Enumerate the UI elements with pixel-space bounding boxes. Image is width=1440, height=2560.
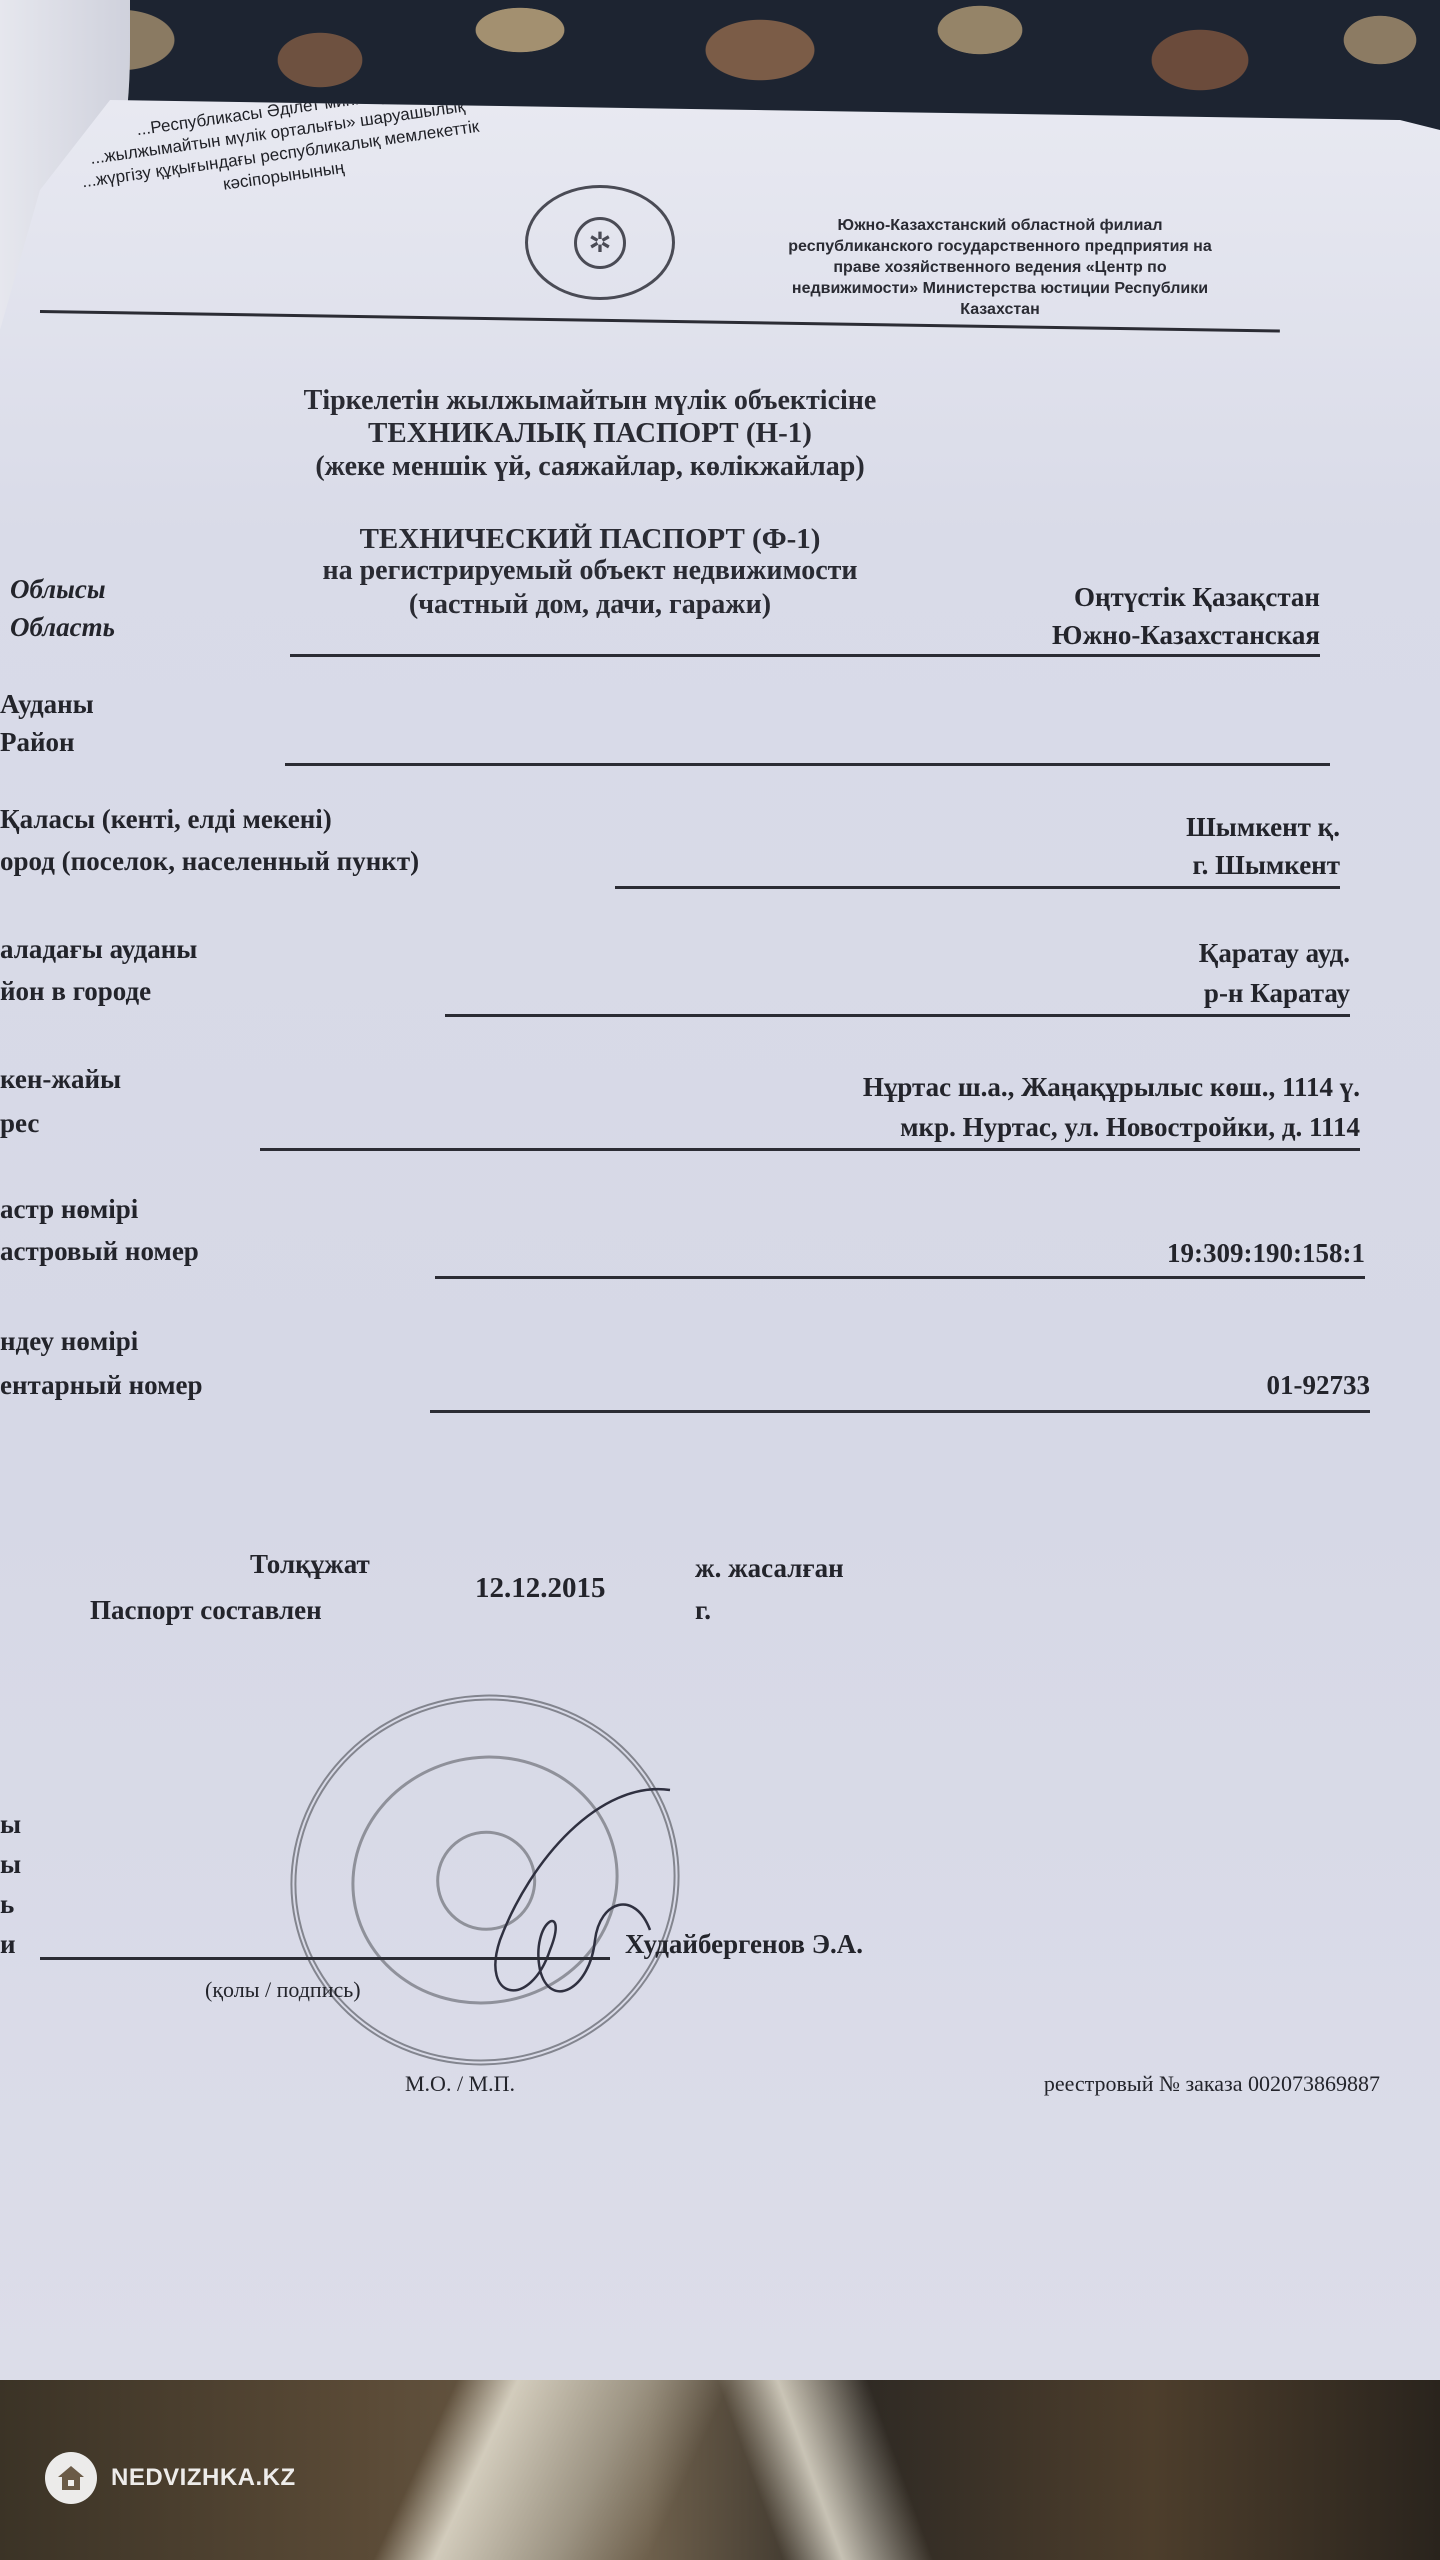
field-city: Қаласы (кенті, елді мекені) ород (посело… bbox=[0, 800, 1340, 890]
title-ru-main: ТЕХНИЧЕСКИЙ ПАСПОРТ (Ф-1) bbox=[200, 523, 980, 555]
field-value-kz: Нұртас ш.а., Жаңақұрылыс көш., 1114 ү. bbox=[863, 1068, 1360, 1106]
field-label-ru: ород (поселок, населенный пункт) bbox=[0, 842, 419, 880]
field-underline bbox=[290, 654, 1320, 657]
field-district: Ауданы Район bbox=[0, 685, 1330, 765]
watermark: NEDVIZHKA.KZ bbox=[45, 2452, 296, 2504]
kazakhstan-state-emblem-icon: ✲ bbox=[525, 185, 675, 300]
field-label-ru: рес bbox=[0, 1104, 39, 1142]
compiled-label-kz: Толқұжат bbox=[250, 1545, 370, 1583]
field-label-ru: астровый номер bbox=[0, 1232, 199, 1270]
field-address: кен-жайы рес Нұртас ш.а., Жаңақұрылыс кө… bbox=[0, 1060, 1360, 1150]
label-fragment: ь bbox=[0, 1885, 14, 1923]
title-kz-subtitle: (жеке меншік үй, саяжайлар, көлікжайлар) bbox=[200, 449, 980, 485]
compiled-date: 12.12.2015 bbox=[475, 1569, 606, 1607]
field-inventory-number: ндеу нөмірі ентарный номер 01-92733 bbox=[0, 1322, 1370, 1412]
field-label-kz: аладағы ауданы bbox=[0, 930, 197, 968]
watermark-text: NEDVIZHKA.KZ bbox=[111, 2464, 296, 2492]
document-page: ...Республикасы Әділет министрлігі ...жы… bbox=[0, 70, 1440, 2385]
field-value-kz: Қаратау ауд. bbox=[1199, 934, 1350, 972]
field-label-ru: Область bbox=[10, 608, 115, 646]
signature-line bbox=[40, 1957, 610, 1960]
title-kz-main: ТЕХНИКАЛЫҚ ПАСПОРТ (Н-1) bbox=[200, 417, 980, 449]
header-ru-line: недвижимости» Министерства юстиции Респу… bbox=[720, 278, 1280, 299]
field-value-ru: 01-92733 bbox=[1267, 1366, 1371, 1404]
field-value-ru: г. Шымкент bbox=[1192, 846, 1340, 884]
label-fragment: ы bbox=[0, 1845, 21, 1883]
field-value-ru: р-н Каратау bbox=[1204, 974, 1350, 1012]
emblem-center-icon: ✲ bbox=[574, 217, 626, 269]
field-label-kz: Облысы bbox=[10, 570, 106, 608]
field-label-kz: астр нөмірі bbox=[0, 1190, 138, 1228]
field-value-ru: 19:309:190:158:1 bbox=[1167, 1234, 1365, 1272]
field-underline bbox=[435, 1276, 1365, 1279]
seal-caption-block: М.О. / М.П. bbox=[405, 2065, 705, 2105]
signature-block: Худайбергенов Э.А. (қолы / подпись) bbox=[40, 1915, 1040, 2035]
signature-caption: (қолы / подпись) bbox=[205, 1971, 361, 2009]
field-label-kz: Ауданы bbox=[0, 685, 94, 723]
field-region: Облысы Область Оңтүстік Қазақстан Южно-К… bbox=[10, 570, 1320, 660]
field-label-kz: кен-жайы bbox=[0, 1060, 121, 1098]
passport-compiled-block: Толқұжат Паспорт составлен 12.12.2015 ж.… bbox=[90, 1545, 910, 1645]
compiled-suffix-ru: г. bbox=[695, 1591, 711, 1629]
header-ru-line: республиканского государственного предпр… bbox=[720, 236, 1280, 257]
field-value-kz: Оңтүстік Қазақстан bbox=[1074, 578, 1320, 616]
field-underline bbox=[285, 763, 1330, 766]
registry-number-block: реестровый № заказа 002073869887 bbox=[900, 2065, 1380, 2105]
field-value-kz: Шымкент қ. bbox=[1186, 808, 1340, 846]
field-underline bbox=[615, 886, 1340, 889]
field-city-district: аладағы ауданы йон в городе Қаратау ауд.… bbox=[0, 930, 1350, 1020]
field-underline bbox=[445, 1014, 1350, 1017]
field-label-kz: Қаласы (кенті, елді мекені) bbox=[0, 800, 332, 838]
field-label-ru: Район bbox=[0, 723, 75, 761]
compiled-suffix-kz: ж. жасалған bbox=[695, 1549, 844, 1587]
header-ru-line: Казахстан bbox=[720, 299, 1280, 320]
seal-caption: М.О. / М.П. bbox=[405, 2065, 515, 2103]
label-fragment: ы bbox=[0, 1805, 21, 1843]
field-underline bbox=[260, 1148, 1360, 1151]
compiled-label-ru: Паспорт составлен bbox=[90, 1591, 322, 1629]
house-icon bbox=[45, 2452, 97, 2504]
signature-label-fragments: ы ы ь и bbox=[0, 1805, 30, 1975]
signatory-name: Худайбергенов Э.А. bbox=[625, 1925, 863, 1963]
field-value-ru: Южно-Казахстанская bbox=[1052, 616, 1320, 654]
field-label-ru: йон в городе bbox=[0, 972, 151, 1010]
header-org-ru: Южно-Казахстанский областной филиал респ… bbox=[720, 215, 1280, 320]
field-cadastral-number: астр нөмірі астровый номер 19:309:190:15… bbox=[0, 1190, 1365, 1280]
field-label-kz: ндеу нөмірі bbox=[0, 1322, 138, 1360]
title-kz-line1: Тіркелетін жылжымайтын мүлік объектісіне bbox=[200, 385, 980, 417]
field-underline bbox=[430, 1410, 1370, 1413]
field-label-ru: ентарный номер bbox=[0, 1366, 203, 1404]
header-ru-line: праве хозяйственного ведения «Центр по bbox=[720, 257, 1280, 278]
registry-order-number: реестровый № заказа 002073869887 bbox=[1044, 2065, 1380, 2103]
field-value-ru: мкр. Нуртас, ул. Новостройки, д. 1114 bbox=[900, 1108, 1360, 1146]
label-fragment: и bbox=[0, 1925, 16, 1963]
header-ru-line: Южно-Казахстанский областной филиал bbox=[720, 215, 1280, 236]
